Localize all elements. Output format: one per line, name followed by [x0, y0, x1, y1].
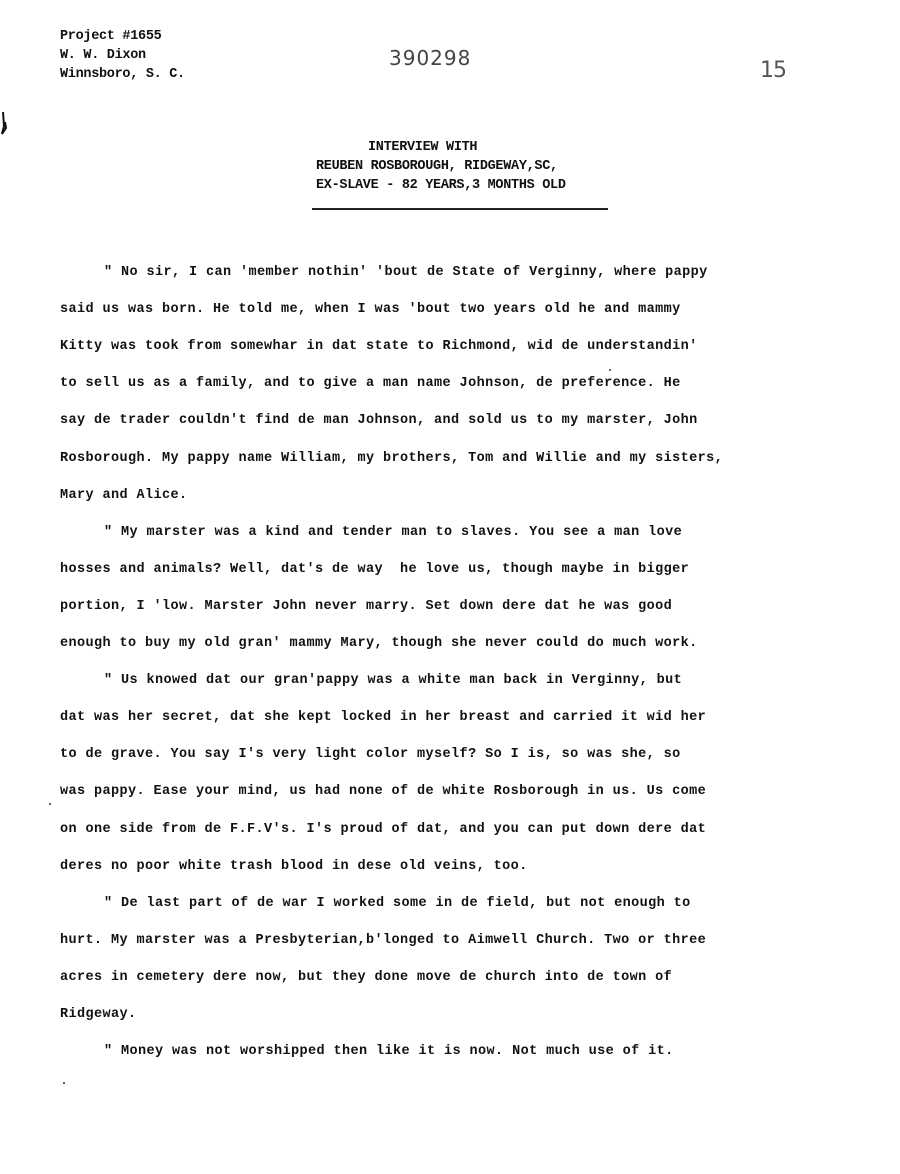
project-header: Project #1655 W. W. Dixon Winnsboro, S. … [60, 27, 185, 84]
paragraph-first-line: " Money was not worshipped then like it … [104, 1042, 674, 1062]
body-line: on one side from de F.F.V's. I's proud o… [60, 820, 706, 840]
margin-pen-mark [0, 112, 6, 136]
body-line: was pappy. Ease your mind, us had none o… [60, 782, 706, 802]
document-page: Project #1655 W. W. Dixon Winnsboro, S. … [0, 0, 900, 1174]
writer-name: W. W. Dixon [60, 46, 185, 65]
body-line: to sell us as a family, and to give a ma… [60, 374, 681, 394]
title-line-2: REUBEN ROSBOROUGH, RIDGEWAY,SC, [316, 157, 616, 176]
body-line: Mary and Alice. [60, 486, 188, 506]
body-line: hurt. My marster was a Presbyterian,b'lo… [60, 931, 706, 951]
interview-title: INTERVIEW WITH REUBEN ROSBOROUGH, RIDGEW… [316, 138, 616, 195]
archive-stamp-number: 390298 [389, 46, 471, 70]
paragraph-first-line: " Us knowed dat our gran'pappy was a whi… [104, 671, 682, 691]
paragraph-first-line: " De last part of de war I worked some i… [104, 894, 691, 914]
body-line: said us was born. He told me, when I was… [60, 300, 681, 320]
stray-mark [609, 369, 611, 371]
body-line: Ridgeway. [60, 1005, 137, 1025]
writer-location: Winnsboro, S. C. [60, 65, 185, 84]
body-line: dat was her secret, dat she kept locked … [60, 708, 706, 728]
body-line: portion, I 'low. Marster John never marr… [60, 597, 672, 617]
page-number: 15 [760, 58, 786, 83]
paragraph-first-line: " My marster was a kind and tender man t… [104, 523, 682, 543]
body-line: enough to buy my old gran' mammy Mary, t… [60, 634, 698, 654]
project-number: Project #1655 [60, 27, 185, 46]
body-line: to de grave. You say I's very light colo… [60, 745, 681, 765]
body-line: hosses and animals? Well, dat's de way h… [60, 560, 689, 580]
title-line-3: EX-SLAVE - 82 YEARS,3 MONTHS OLD [316, 176, 616, 195]
title-line-1: INTERVIEW WITH [316, 138, 616, 157]
body-line: Rosborough. My pappy name William, my br… [60, 449, 723, 469]
stray-mark [49, 803, 51, 805]
body-line: say de trader couldn't find de man Johns… [60, 411, 698, 431]
body-line: acres in cemetery dere now, but they don… [60, 968, 672, 988]
body-line: deres no poor white trash blood in dese … [60, 857, 528, 877]
paragraph-first-line: " No sir, I can 'member nothin' 'bout de… [104, 263, 708, 283]
title-divider [312, 208, 608, 210]
stray-mark [63, 1082, 65, 1084]
body-line: Kitty was took from somewhar in dat stat… [60, 337, 698, 357]
